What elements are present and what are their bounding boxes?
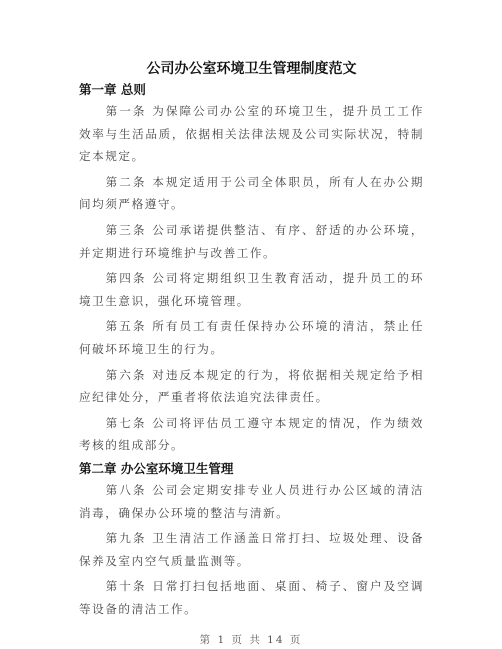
document-body: 公司办公室环境卫生管理制度范文 第一章 总则 第一条 为保障公司办公室的环境卫生… <box>79 58 424 620</box>
article-6: 第六条 对违反本规定的行为，将依据相关规定给予相应纪律处分，严重者将依法追究法律… <box>79 364 424 409</box>
document-page: 公司办公室环境卫生管理制度范文 第一章 总则 第一条 为保障公司办公室的环境卫生… <box>0 0 502 649</box>
article-5: 第五条 所有员工有责任保持办公环境的清洁，禁止任何破坏环境卫生的行为。 <box>79 315 424 360</box>
chapter-heading: 第一章 总则 <box>79 80 424 100</box>
article-4: 第四条 公司将定期组织卫生教育活动，提升员工的环境卫生意识，强化环境管理。 <box>79 267 424 312</box>
article-1: 第一条 为保障公司办公室的环境卫生，提升员工工作效率与生活品质，依据相关法律法规… <box>79 100 424 168</box>
article-2: 第二条 本规定适用于公司全体职员，所有人在办公期间均须严格遵守。 <box>79 171 424 216</box>
page-number-footer: 第 1 页 共 14 页 <box>0 632 502 647</box>
article-10: 第十条 日常打扫包括地面、桌面、椅子、窗户及空调等设备的清洁工作。 <box>79 575 424 620</box>
article-3: 第三条 公司承诺提供整洁、有序、舒适的办公环境，并定期进行环境维护与改善工作。 <box>79 219 424 264</box>
document-title: 公司办公室环境卫生管理制度范文 <box>79 58 424 80</box>
chapter-2: 第二章 办公室环境卫生管理 第八条 公司会定期安排专业人员进行办公区域的清洁消毒… <box>79 459 424 621</box>
chapter-1: 第一章 总则 第一条 为保障公司办公室的环境卫生，提升员工工作效率与生活品质，依… <box>79 80 424 457</box>
chapter-heading: 第二章 办公室环境卫生管理 <box>79 459 424 479</box>
article-7: 第七条 公司将评估员工遵守本规定的情况，作为绩效考核的组成部分。 <box>79 412 424 457</box>
article-9: 第九条 卫生清洁工作涵盖日常打扫、垃圾处理、设备保养及室内空气质量监测等。 <box>79 527 424 572</box>
article-8: 第八条 公司会定期安排专业人员进行办公区域的清洁消毒，确保办公环境的整洁与清新。 <box>79 479 424 524</box>
